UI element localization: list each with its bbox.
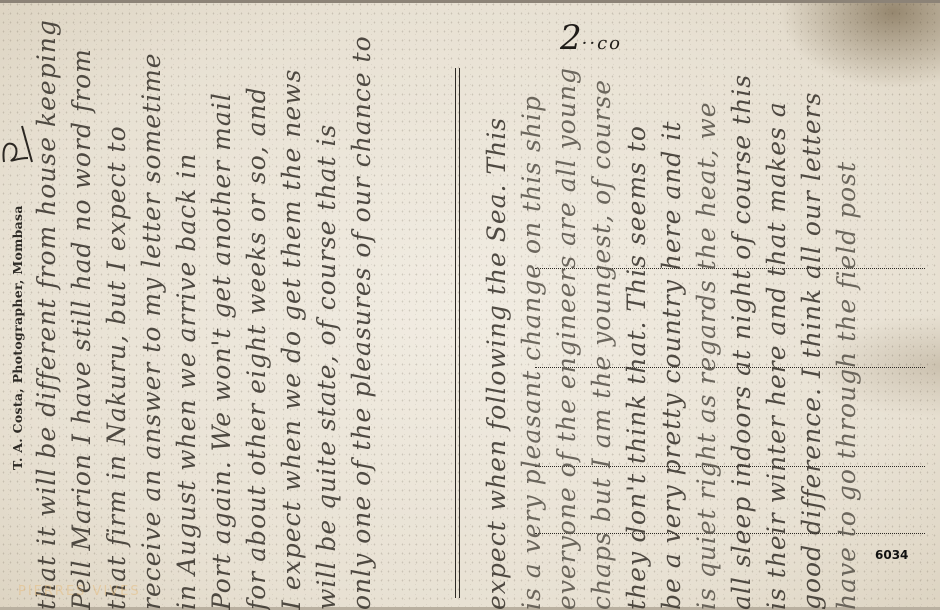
- handwritten-line: have to go through the field post: [830, 161, 864, 610]
- corner-note-number: 2: [560, 18, 582, 58]
- handwritten-line: be a very pretty country here and it: [655, 121, 689, 610]
- center-divider-line: [455, 68, 460, 598]
- handwritten-line: good difference. I think all our letters: [795, 92, 829, 610]
- postcard-back: T. A. Costa, Photographer, Mombasa that …: [0, 0, 940, 610]
- handwritten-line: is quiet right as regards the heat, we: [690, 101, 724, 610]
- scan-edge-top: [0, 0, 940, 3]
- handwritten-line: Port again. We won't get another mail: [205, 92, 239, 610]
- handwritten-line: in August when we arrive back in: [170, 153, 204, 610]
- corner-note-dots: ··: [582, 33, 597, 54]
- publisher-imprint: T. A. Costa, Photographer, Mombasa: [10, 205, 25, 470]
- watermark-text: PIERRES VIVES: [18, 584, 141, 599]
- handwritten-line: chaps but I am the youngest, of course: [585, 79, 619, 610]
- handwritten-line: is a very pleasant change on this ship: [515, 95, 549, 610]
- handwritten-line: receive an answer to my letter sometime: [135, 52, 169, 610]
- handwritten-line: that it will be different from house kee…: [30, 19, 64, 610]
- handwritten-line: expect when following the Sea. This: [480, 117, 514, 610]
- handwritten-line: everyone of the engineers are all young: [550, 67, 584, 610]
- corner-note: 2··co: [560, 18, 622, 58]
- corner-note-suffix: co: [597, 33, 622, 54]
- handwritten-line: only one of the pleasures of our chance …: [345, 35, 379, 610]
- handwritten-line: for about other eight weeks or so, and: [240, 86, 274, 610]
- catalog-number: 6034: [875, 548, 908, 562]
- handwritten-line: that firm in Nakuru, but I expect to: [100, 125, 134, 610]
- handwritten-line: they don't think that. This seems to: [620, 125, 654, 610]
- handwritten-line: will be quite state, of course that is: [310, 124, 344, 610]
- handwritten-line: I expect when we do get them the news: [275, 69, 309, 610]
- handwritten-line: is their winter here and that makes a: [760, 101, 794, 610]
- handwritten-line: Pell Marion I have still had no word fro…: [65, 48, 99, 610]
- handwritten-line: all sleep indoors at night of course thi…: [725, 74, 759, 610]
